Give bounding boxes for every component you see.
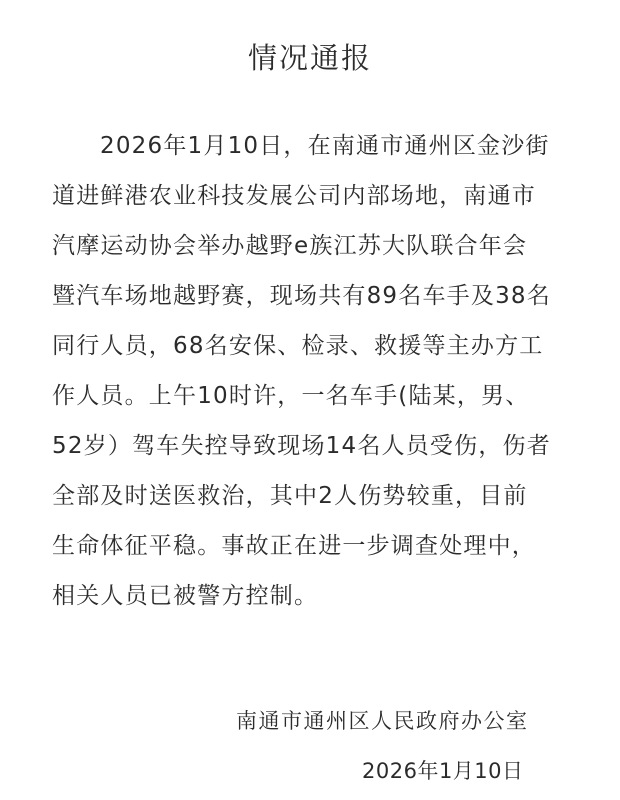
body-line: 暨汽车场地越野赛，现场共有89名车手及38名 [52,278,552,328]
issue-date: 2026年1月10日 [362,756,524,786]
body-line: 作人员。上午10时许，一名车手(陆某，男、 [52,378,552,428]
body-line: 52岁）驾车失控导致现场14名人员受伤，伤者 [52,428,552,478]
body-line: 生命体征平稳。事故正在进一步调查处理中， [52,528,552,578]
body-line: 相关人员已被警方控制。 [52,578,552,628]
body-line: 全部及时送医救治，其中2人伤势较重，目前 [52,478,552,528]
body-line: 汽摩运动协会举办越野e族江苏大队联合年会 [52,228,552,278]
body-line: 道进鲜港农业科技发展公司内部场地，南通市 [52,178,552,228]
issuer-signature: 南通市通州区人民政府办公室 [236,706,529,736]
body-line: 2026年1月10日，在南通市通州区金沙街 [52,128,552,178]
document-body: 2026年1月10日，在南通市通州区金沙街 道进鲜港农业科技发展公司内部场地，南… [52,128,552,628]
body-line: 同行人员，68名安保、检录、救援等主办方工 [52,328,552,378]
document-title: 情况通报 [0,38,620,78]
